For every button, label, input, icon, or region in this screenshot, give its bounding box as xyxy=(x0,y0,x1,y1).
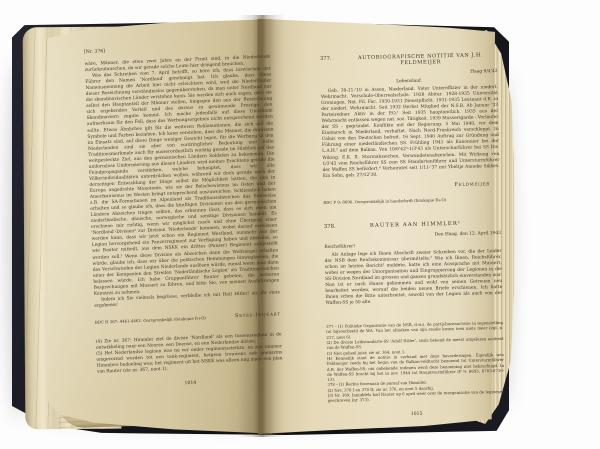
doc378-title: RAUTER AAN HIMMLER¹ xyxy=(370,221,461,229)
left-archive-reference: BDC H 367: 4461-4462. Oorspronkelijk (fo… xyxy=(95,315,206,324)
doc378-body: Als Anlage lege ich Ihnen Abschrift zwei… xyxy=(324,249,502,307)
doc377-number: 377. xyxy=(320,55,344,62)
doc377-signature: Feldmeijer xyxy=(323,181,500,191)
doc378-number: 378. xyxy=(324,223,348,230)
doc377-body: Geb. 30-11-'10 in Assen, Niederland. Vat… xyxy=(321,85,500,180)
left-paragraph-main: Was das Schreiben vom 7. April betrifft,… xyxy=(85,67,280,298)
left-signature: Seyss-Inquart xyxy=(235,311,281,319)
footnote: (4) Kennelijk staat de notitie in verban… xyxy=(327,352,505,382)
right-page-text: 377. AUTOBIOGRAFISCHE NOTITIE VAN J.H. F… xyxy=(320,52,505,419)
book-photo: [Nr. 376] wäre, Männer, die etwa zwei Ja… xyxy=(0,0,600,449)
left-page-text: [Nr. 376] wäre, Männer, die etwa zwei Ja… xyxy=(84,43,284,390)
right-footnotes: 377 - (1) Politieke Organisatie van de N… xyxy=(326,320,505,403)
doc378-section: 378. RAUTER AAN HIMMLER¹ Den Haag, den 1… xyxy=(324,220,503,307)
doc377-title: AUTOBIOGRAFISCHE NOTITIE VAN J.H. FELDME… xyxy=(344,52,497,67)
doc378-heading-row: 378. RAUTER AAN HIMMLER¹ xyxy=(324,220,501,230)
left-source-row: BDC H 367: 4461-4462. Oorspronkelijk (fo… xyxy=(95,311,281,324)
doc378-dateline: Den Haag, den 12. April 1943 xyxy=(324,231,501,240)
doc377-heading-row: 377. AUTOBIOGRAFISCHE NOTITIE VAN J.H. F… xyxy=(320,52,497,68)
left-footnotes: (4) Zie nr. 367: Himmler ziet de divisie… xyxy=(96,332,283,376)
doc377-archive-reference: BDC P 9: 8696. Oorspronkelijk in handsch… xyxy=(323,196,500,205)
